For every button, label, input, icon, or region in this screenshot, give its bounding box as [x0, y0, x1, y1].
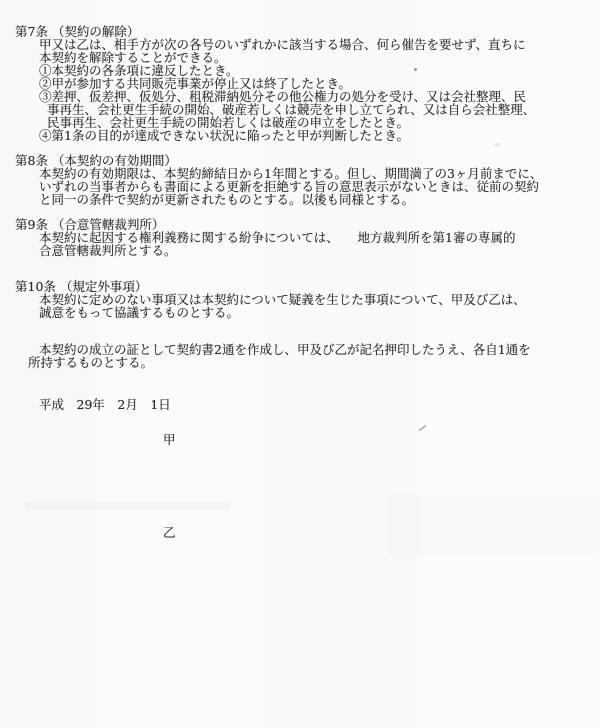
- party-b-label: 乙: [0, 526, 600, 539]
- contract-line-item-4: ④第1条の目的が達成できない状況に陥ったと甲が判断したとき。: [0, 129, 600, 142]
- article-7: 第7条 （契約の解除） 甲又は乙は、相手方が次の各号のいずれかに該当する場合、何…: [0, 25, 600, 142]
- contract-line: 所持するものとする。: [0, 356, 600, 369]
- date-line: 平成 29年 2月 1日: [0, 398, 600, 411]
- contract-line: 合意管轄裁判所とする。: [0, 244, 600, 257]
- contract-line: 誠意をもって協議するものとする。: [0, 306, 600, 319]
- article-9: 第9条 （合意管轄裁判所） 本契約に起因する権利義務に関する紛争については、 地…: [0, 218, 600, 257]
- closing-paragraph: 本契約の成立の証として契約書2通を作成し、甲及び乙が記名押印したうえ、各自1通を…: [0, 343, 600, 369]
- contract-line: と同一の条件で契約が更新されたものとする。以後も同様とする。: [0, 193, 600, 206]
- article-8: 第8条 （本契約の有効期間） 本契約の有効期限は、本契約締結日から1年間とする。…: [0, 154, 600, 206]
- party-a-label: 甲: [0, 433, 600, 446]
- article-10: 第10条 （規定外事項） 本契約に定めのない事項又は本契約について疑義を生じた事…: [0, 280, 600, 319]
- contract-body: 第7条 （契約の解除） 甲又は乙は、相手方が次の各号のいずれかに該当する場合、何…: [0, 25, 600, 539]
- scanned-contract-page: 第7条 （契約の解除） 甲又は乙は、相手方が次の各号のいずれかに該当する場合、何…: [0, 0, 600, 728]
